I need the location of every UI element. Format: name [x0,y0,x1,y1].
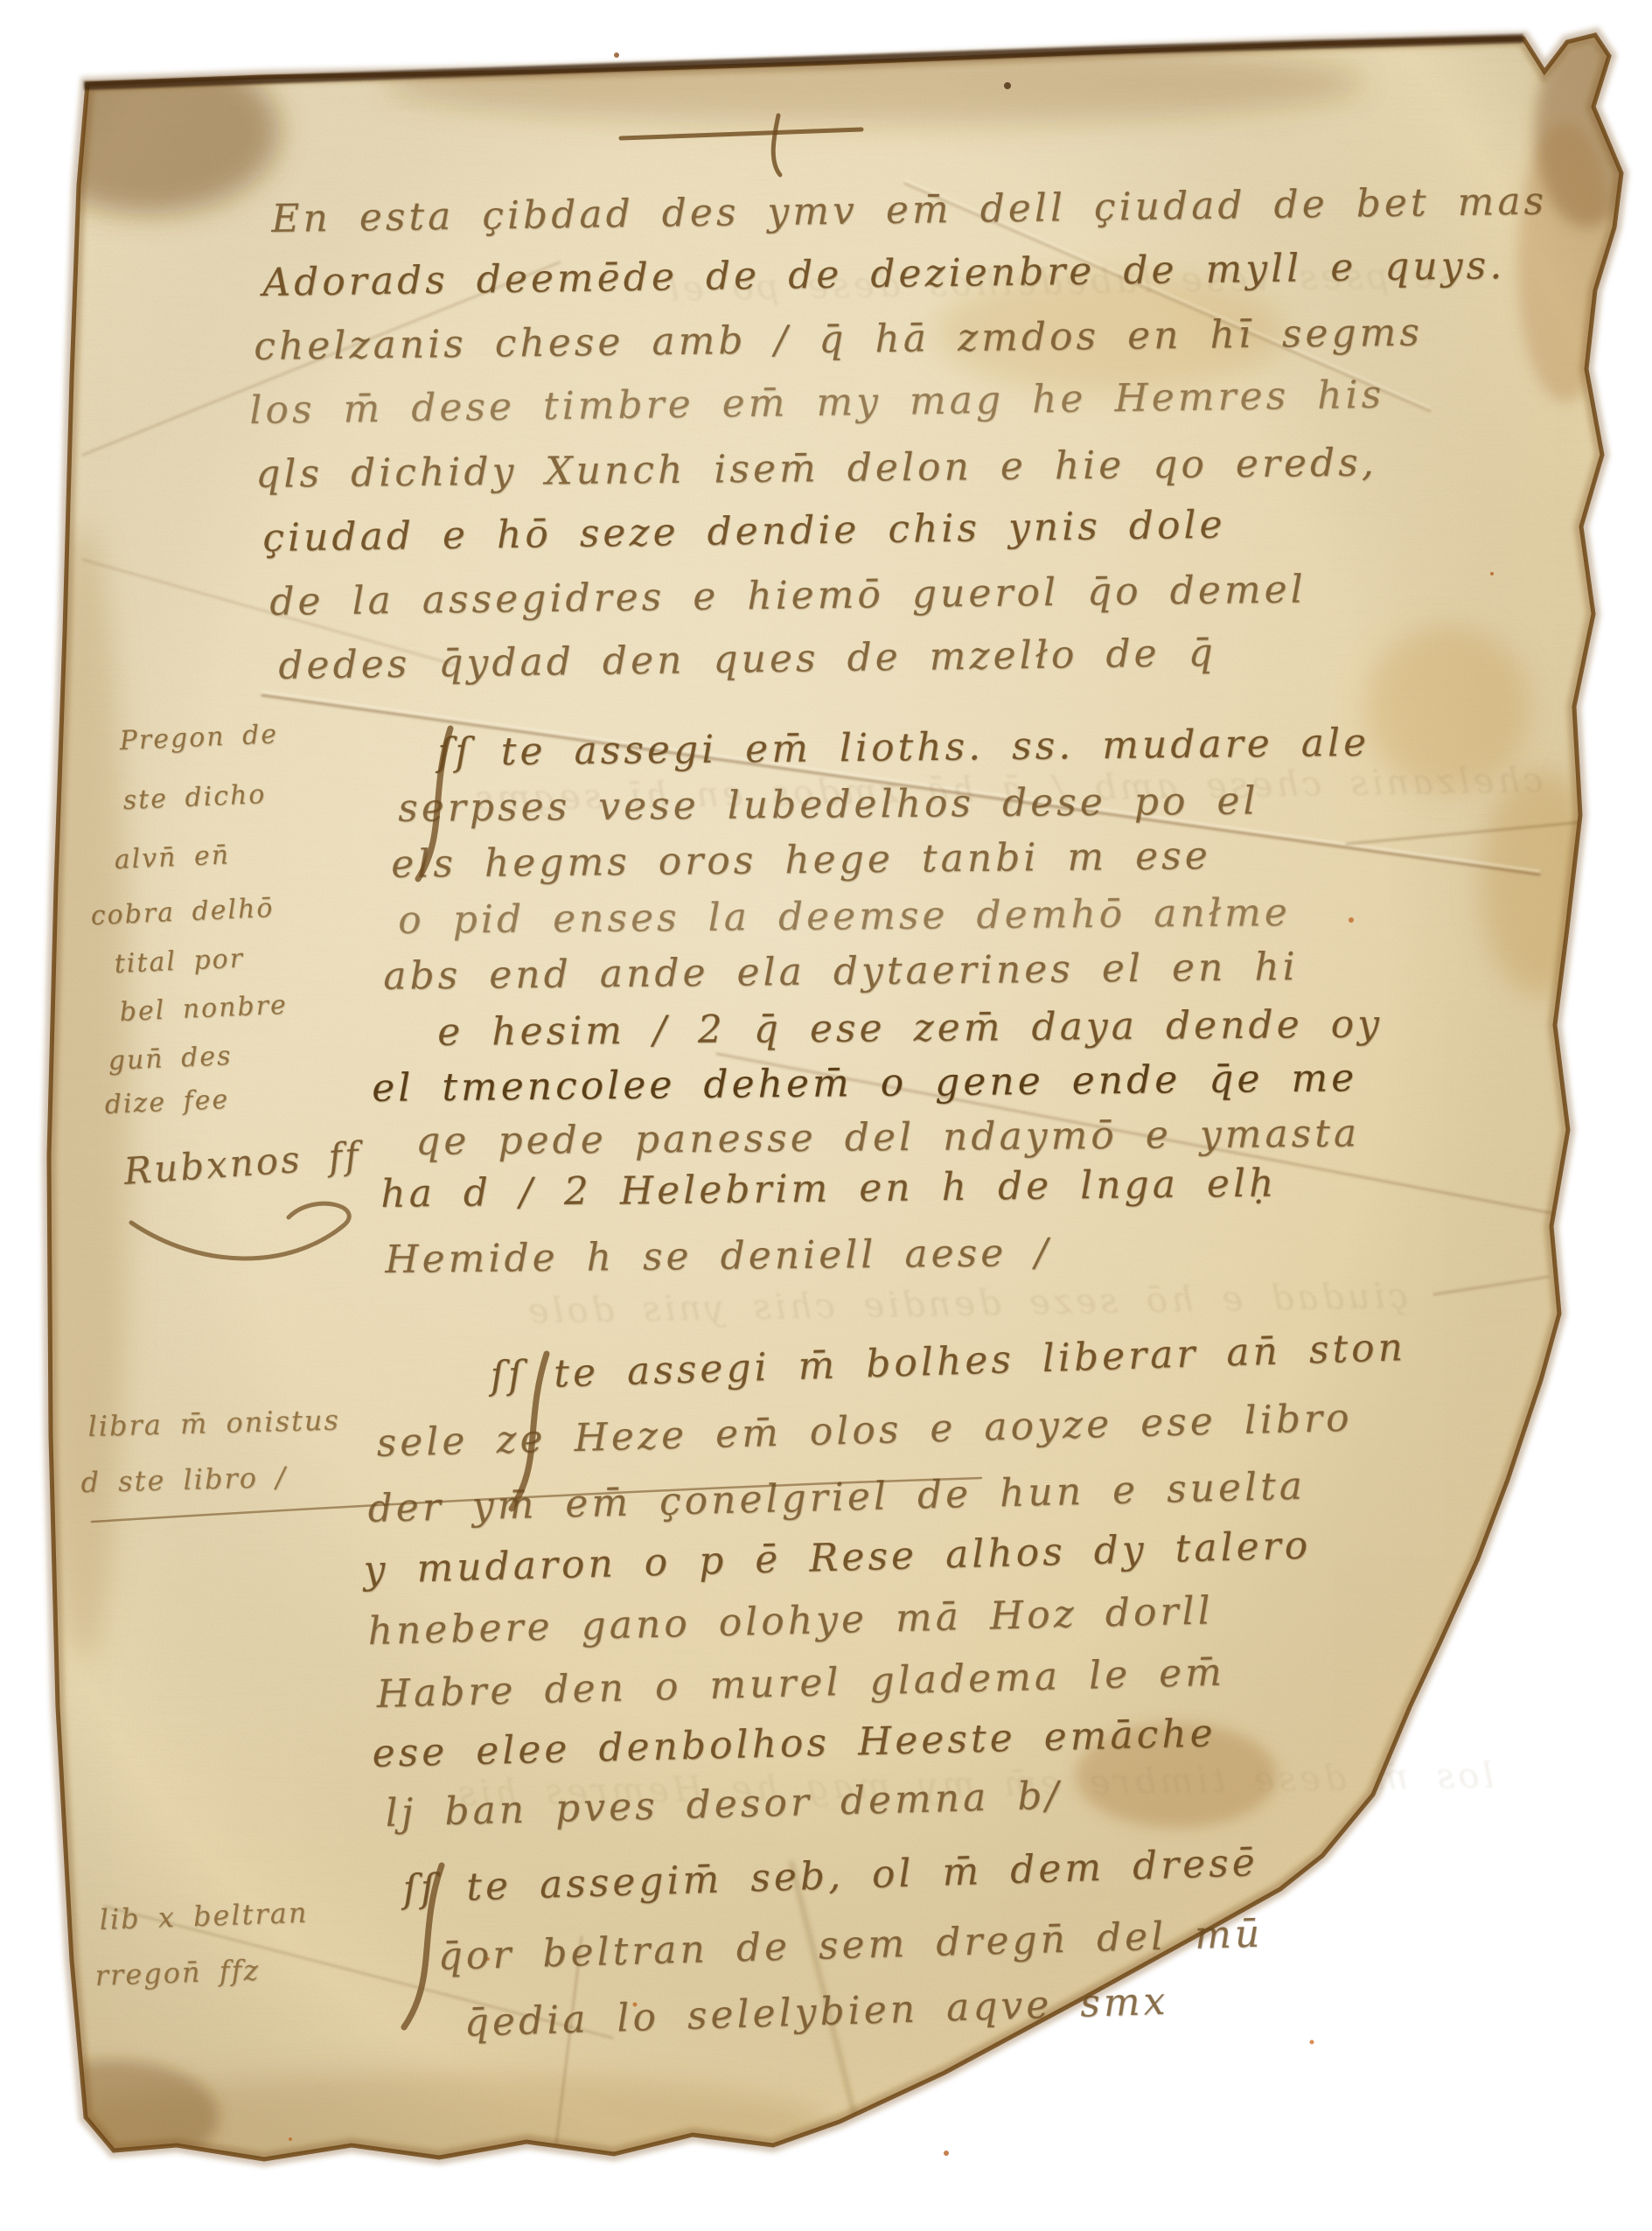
margin-note-line: lib x beltran [99,1896,309,1936]
margin-note-line: d ste libro / [80,1461,287,1499]
margin-note-line: tital por [114,944,245,980]
body-line: çiudad e hō seze dendie chis ynis dole [262,503,1226,561]
body-line: der ym̄ em̄ çonelgriel de hun e suelta [367,1464,1307,1531]
body-line: chelzanis chese amb / q̄ hā zmdos en hī … [254,310,1423,369]
body-line: dedes q̄ydad den ques de mzelło de q̄ [278,631,1216,688]
margin-note-line: rregon̄ ffz [94,1953,261,1992]
body-line: sele ze Heze em̄ olos e aoyze ese libro [376,1396,1353,1466]
body-line: ſſ te assegi m̄ bolhes liberar an̄ ston [490,1325,1407,1398]
body-line: los m̄ dese timbre em̄ my mag he Hemres … [249,373,1384,433]
margin-note-line: dize fee [104,1084,230,1120]
body-line: ſſ te assegim̄ seb, ol m̄ dem dresē [402,1840,1259,1912]
body-line: o pid enses la deemse demhō anłme [398,890,1291,943]
handwriting-layer: chelzanis chese amb / q̄ hā zmdos en hī … [0,0,1652,2231]
body-line: abs end ande ela dytaerines el en hi [383,945,1299,999]
body-line: En esta çibdad des ymv em̄ dell çiudad d… [271,179,1547,241]
margin-note-line: ste dicho [122,779,267,816]
body-line: q̄edia lo selelybien aqve smx [464,1979,1169,2046]
margin-note-line: alvn̄ en̄ [114,840,231,875]
body-line: qe pede panesse del ndaymō e ymasta [415,1112,1360,1164]
body-line: Hemide h se deniell aese / [385,1231,1051,1282]
margin-note-line: libra m̄ onistus [87,1403,340,1443]
body-line: el tmencolee dehem̄ o gene ende q̄e me [372,1056,1357,1111]
margin-note-line: gun̄ des [108,1041,233,1077]
margin-note-line: bel nonbre [119,990,288,1028]
margin-note-line: Pregon de [119,719,279,756]
body-line: q̄or beltran de sem dregn̄ del mū [437,1912,1264,1979]
body-line: Habre den o murel gladema le em̄ [376,1650,1226,1717]
margin-signature: Rubxnos ff [122,1133,362,1193]
margin-note-line: cobra delhō [90,893,275,931]
body-line: serpses vese lubedelhos dese po el [398,778,1259,831]
body-line: ha d / 2 Helebrim en h de lnga elḥ [380,1161,1278,1217]
body-line: els hegms oros hege tanbi m ese [391,833,1211,887]
body-line: de la assegidres e hiemō guerol q̄o deme… [269,568,1307,624]
body-line: e hesim / 2 q̄ ese zem̄ daya dende oy [437,1002,1383,1055]
body-line: y mudaron o p ē Rese alhos dy talero [363,1523,1312,1593]
ghost-bleedthrough-line: çiudad e hō seze dendie chis ynis dole [525,1276,1409,1332]
body-line: qls dichidy Xunch isem̄ delon e hie qo e… [255,441,1377,497]
manuscript-scan: chelzanis chese amb / q̄ hā zmdos en hī … [0,0,1652,2231]
body-line: hnebere gano olohye mā Hoz dorll [367,1588,1214,1654]
